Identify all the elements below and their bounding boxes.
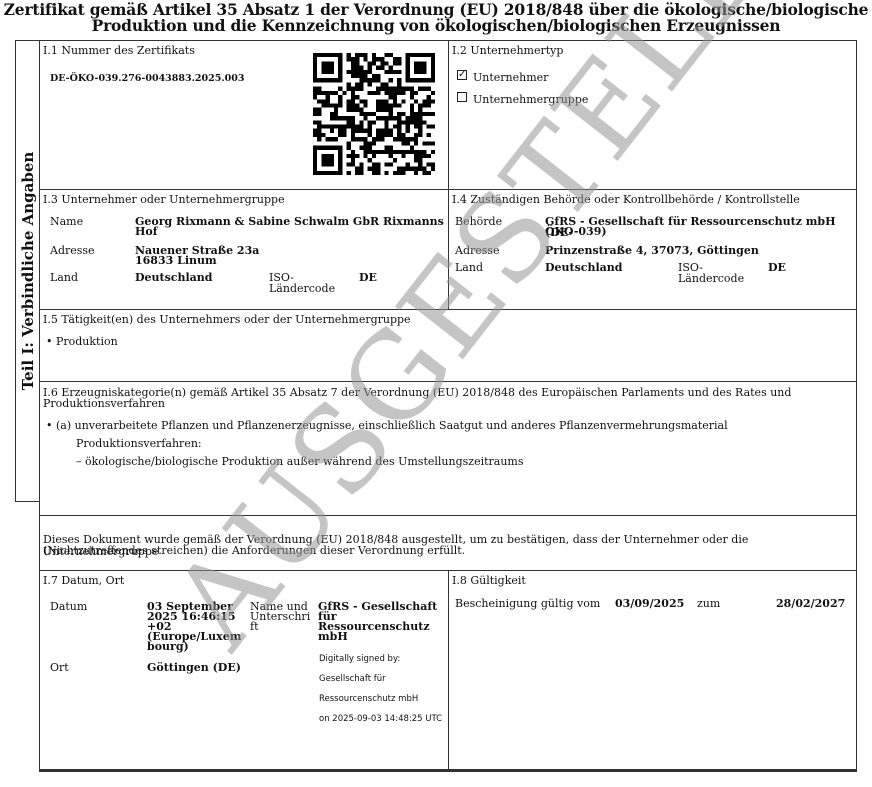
operator-iso: DE [359,272,377,283]
operator-address-line-2: 16833 Linum [135,255,217,266]
checkbox-operator-group-label: Unternehmergruppe [473,94,588,105]
signature-label-3: ft [250,621,259,632]
section-authority: I.4 Zuständigen Behörde oder Kontrollbeh… [448,189,857,310]
name-label: Name [50,216,83,227]
valid-from-date: 03/09/2025 [615,598,684,609]
iso-label-2: Ländercode [678,273,744,284]
section-product-categories: I.6 Erzeugniskategorie(n) gemäß Artikel … [39,381,857,516]
section-title: I.5 Tätigkeit(en) des Unternehmers oder … [43,314,411,326]
digital-signature-line-3: Ressourcenschutz mbH [319,694,418,704]
compliance-statement: Dieses Dokument wurde gemäß der Verordnu… [39,515,857,571]
section-title: I.4 Zuständigen Behörde oder Kontrollbeh… [452,194,800,206]
authority-label: Behörde [455,216,502,227]
authority-country-label: Land [455,262,483,273]
authority-country: Deutschland [545,262,623,273]
address-label: Adresse [50,245,95,256]
section-operator-type: I.2 Unternehmertyp ✓ Unternehmer Unterne… [448,40,857,190]
product-category: • (a) unverarbeitete Pflanzen und Pflanz… [46,420,728,431]
section-date-place: I.7 Datum, Ort Datum 03 September 2025 1… [39,570,449,772]
date-label: Datum [50,601,87,612]
part-one-sidebar: Teil I: Verbindliche Angaben [15,40,39,502]
operator-name-line-2: Hof [135,226,157,237]
valid-to-date: 28/02/2027 [776,598,845,609]
checkbox-operator[interactable]: ✓ [457,70,467,80]
section-title: I.3 Unternehmer oder Unternehmergruppe [43,194,285,206]
title-line-2: Produktion und die Kennzeichnung von öko… [0,18,872,34]
activity-item: • Produktion [46,336,118,347]
section-title: I.8 Gültigkeit [452,575,526,587]
authority-line-2: ÖKO-039) [545,226,607,237]
operator-name-line-1: Georg Rixmann & Sabine Schwalm GbR Rixma… [135,216,444,227]
section-title-line-2: Produktionsverfahren [43,398,165,410]
section-activities: I.5 Tätigkeit(en) des Unternehmers oder … [39,309,857,382]
digital-signature-line-4: on 2025-09-03 14:48:25 UTC [319,714,442,724]
authority-iso: DE [768,262,786,273]
checkbox-operator-label: Unternehmer [473,72,548,83]
valid-to-label: zum [697,598,720,609]
operator-country: Deutschland [135,272,213,283]
section-validity: I.8 Gültigkeit Bescheinigung gültig vom … [448,570,857,772]
country-label: Land [50,272,78,283]
statement-line-2: (Nichtzutreffendes streichen) die Anford… [43,545,465,557]
section-operator: I.3 Unternehmer oder Unternehmergruppe N… [39,189,449,310]
place-value: Göttingen (DE) [147,662,241,673]
sidebar-label: Teil I: Verbindliche Angaben [18,79,38,463]
section-title: I.2 Unternehmertyp [452,45,563,57]
section-title: I.7 Datum, Ort [43,575,124,587]
valid-from-label: Bescheinigung gültig vom [455,598,600,609]
production-method-label: Produktionsverfahren: [76,438,202,449]
certificate-title: Zertifikat gemäß Artikel 35 Absatz 1 der… [0,2,872,34]
iso-label-2: Ländercode [269,283,335,294]
date-line-5: bourg) [147,641,189,652]
authority-address: Prinzenstraße 4, 37073, Göttingen [545,245,759,256]
checkbox-operator-group[interactable] [457,92,467,102]
place-label: Ort [50,662,69,673]
signature-label-2: Unterschri [250,611,310,622]
signer-line-4: mbH [318,631,348,642]
qr-code-icon [313,53,435,175]
production-method: – ökologische/biologische Produktion auß… [76,456,524,467]
section-title: I.1 Nummer des Zertifikats [43,45,195,57]
digital-signature-line-2: Gesellschaft für [319,674,386,684]
digital-signature-line-1: Digitally signed by: [319,654,400,664]
authority-address-label: Adresse [455,245,500,256]
certificate-number: DE-ÖKO-039.276-0043883.2025.003 [50,73,245,84]
